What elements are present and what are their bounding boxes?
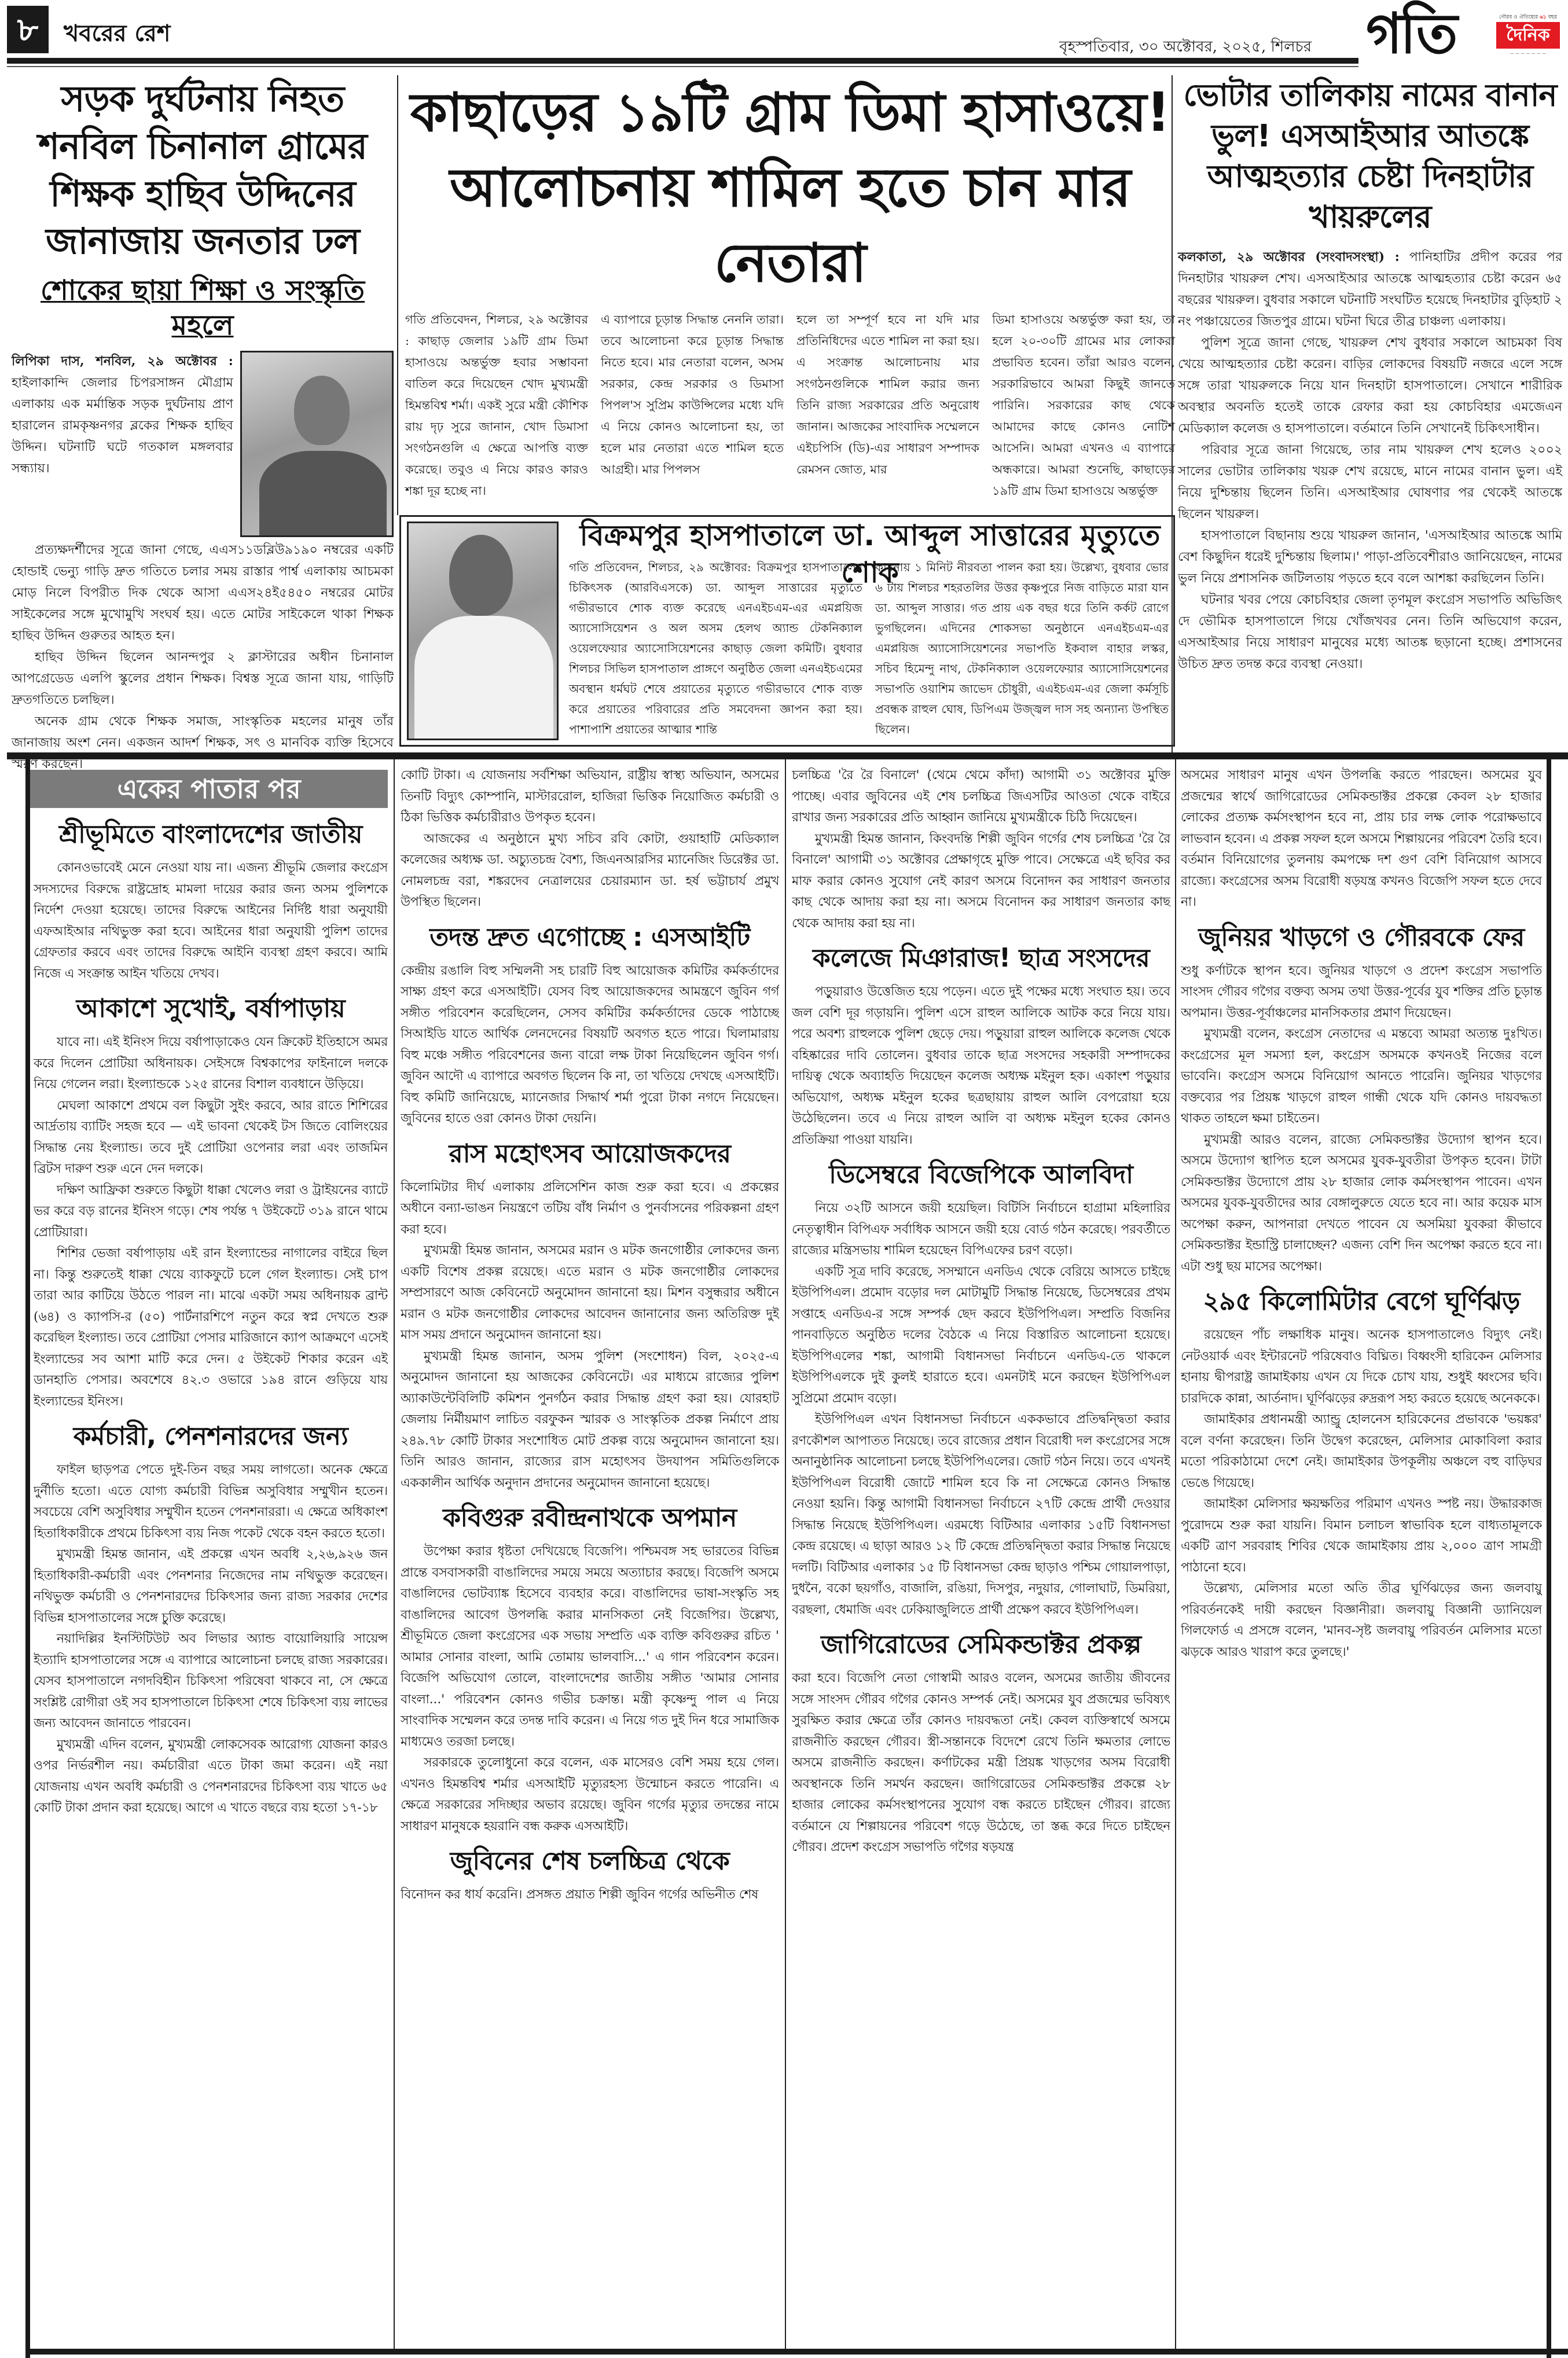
continuation-column-c: চলচ্চিত্র 'রৈ রৈ বিনালে' (থেমে থেমে কাঁদ… <box>792 759 1170 2345</box>
frame-left <box>25 759 30 2358</box>
story-paragraph: পড়ুয়ারাও উত্তেজিত হয়ে পড়েন। এতে দুই … <box>792 982 1170 1151</box>
continuation-headline: রাস মহোৎসব আয়োজকদের <box>401 1136 779 1173</box>
story-paragraph: হাসপাতালে বিছানায় শুয়ে খায়রুল জানান, … <box>1178 525 1562 589</box>
continuation-headline: কলেজে মিঞারাজ! ছাত্র সংসদের <box>792 940 1170 977</box>
story-paragraph: একটি সূত্র দাবি করেছে, সসম্মানে এনডিএ থে… <box>792 1262 1170 1410</box>
newspaper-logo: গতি গৌরব ও ঐতিহ্যের ৬১ বছর দৈনিক — — — —… <box>1366 5 1563 69</box>
story-paragraph: ইউপিপিএল এখন বিধানসভা নির্বাচনে এককভাবে … <box>792 1409 1170 1621</box>
story-paragraph: কোনওভাবেই মেনে নেওয়া যায় না। এজন্য শ্র… <box>34 858 388 985</box>
column-divider <box>397 75 398 515</box>
continuation-headline: কবিগুরু রবীন্দ্রনাথকে অপমান <box>401 1500 779 1537</box>
continuation-headline: শ্রীভূমিতে বাংলাদেশের জাতীয় <box>34 816 388 853</box>
logo-daily-box: দৈনিক <box>1496 22 1560 49</box>
story-paragraph: পুলিশ সূত্রে জানা গেছে, খায়রুল শেখ বুধব… <box>1178 332 1562 439</box>
story-paragraph: মুখ্যমন্ত্রী হিমন্ত জানান, অসমের মরান ও … <box>401 1240 779 1346</box>
story-paragraph: প্রত্যক্ষদর্শীদের সূত্রে জানা গেছে, এএস১… <box>12 539 394 647</box>
story-voter-list-error: ভোটার তালিকায় নামের বানান ভুল! এসআইআর আ… <box>1178 75 1562 758</box>
continuation-headline: তদন্ত দ্রুত এগোচ্ছে : এসআইটি <box>401 919 779 956</box>
story-paragraph: দক্ষিণ আফ্রিকা শুরুতে কিছুটা ধাক্কা খেলে… <box>34 1180 388 1244</box>
section-title: খবরের রেশ <box>64 15 170 54</box>
lead-story-dima-hasao: কাছাড়ের ১৯টি গ্রাম ডিমা হাসাওয়ে! আলোচন… <box>405 75 1175 515</box>
story-paragraph: কোটি টাকা। এ যোজনায় সর্বশিক্ষা অভিযান, … <box>401 765 779 829</box>
story-paragraph: যাবে না। এই ইনিংস দিয়ে বর্ষাপাড়াকেও যে… <box>34 1032 388 1096</box>
lead-column: ডিমা হাসাওয়ে অন্তর্ভুক্ত করা হয়, তা হল… <box>992 309 1175 502</box>
column-divider <box>1175 759 1176 2349</box>
story-paragraph: শিশির ভেজা বর্ষাপাড়ায় এই রান ইংল্যান্ড… <box>34 1243 388 1412</box>
story-paragraph: জামাইকার প্রধানমন্ত্রী অ্যান্ড্রু হোলনেস… <box>1181 1409 1542 1494</box>
obituary-column: কামনায় ১ মিনিট নীরবতা পালন করা হয়। উল্… <box>875 557 1169 740</box>
story-paragraph: উপেক্ষা করার ধৃষ্টতা দেখিয়েছে বিজেপি। প… <box>401 1541 779 1753</box>
story-paragraph: হাছিব উদ্দিন ছিলেন আনন্দপুর ২ ক্লাস্টারে… <box>12 647 394 711</box>
continuation-column-a: শ্রীভূমিতে বাংলাদেশের জাতীয় কোনওভাবেই ম… <box>34 810 388 2345</box>
logo-tagline-prefix: গৌরব ও ঐতিহ্যের <box>1499 14 1538 20</box>
column-divider <box>394 759 395 2349</box>
lead-column: এ ব্যাপারে চূড়ান্ত সিদ্ধান্ত নেননি তারা… <box>601 309 784 502</box>
lead-headline-line2: আলোচনায় শামিল হতে চান মার নেতারা <box>405 150 1175 301</box>
logo-tagline-years: ৬১ <box>1540 14 1547 20</box>
story-paragraph: অসমের সাধারণ মানুষ এখন উপলব্ধি করতে পারছ… <box>1181 765 1542 913</box>
teacher-photo <box>240 351 394 537</box>
story-kicker: শোকের ছায়া শিক্ষা ও সংস্কৃতি মহলে <box>12 273 394 343</box>
dateline: বৃহস্পতিবার, ৩০ অক্টোবর, ২০২৫, শিলচর <box>1059 35 1312 60</box>
story-paragraph: রয়েছেন পাঁচ লক্ষাধিক মানুষ। অনেক হাসপাত… <box>1181 1325 1542 1409</box>
continuation-banner: একের পাতার পর <box>30 770 388 808</box>
story-paragraph: নিয়ে ৩২টি আসনে জয়ী হয়েছিল। বিটিসি নির… <box>792 1198 1170 1262</box>
story-paragraph: আজকের এ অনুষ্ঠানে মুখ্য সচিব রবি কোটা, গ… <box>401 829 779 913</box>
header-rule-thin <box>7 66 1358 67</box>
story-paragraph: বিনোদন কর ধার্য করেনি। প্রসঙ্গত প্রয়াত … <box>401 1885 779 1906</box>
story-paragraph: মুখ্যমন্ত্রী এদিন বলেন, মুখ্যমন্ত্রী লোক… <box>34 1735 388 1819</box>
continuation-headline: জাগিরোডের সেমিকন্ডাক্টর প্রকল্প <box>792 1626 1170 1663</box>
story-paragraph: শুধু কর্ণাটকে স্থাপন হবে। জুনিয়র খাড়গে… <box>1181 961 1542 1024</box>
logo-tagline: গৌরব ও ঐতিহ্যের ৬১ বছর <box>1496 13 1560 21</box>
story-paragraph: কেন্দ্রীয় রঙালি বিহু সম্মিলনী সহ চারটি … <box>401 961 779 1130</box>
story-headline: ভোটার তালিকায় নামের বানান ভুল! এসআইআর আ… <box>1178 75 1562 237</box>
logo-tagline-suffix: বছর <box>1548 14 1556 20</box>
logo-wordmark: গতি <box>1366 5 1455 63</box>
story-paragraph: অনেক গ্রাম থেকে শিক্ষক সমাজ, সাংস্কৃতিক … <box>12 711 394 775</box>
story-paragraph: ঘটনার খবর পেয়ে কোচবিহার জেলা তৃণমূল কংগ… <box>1178 589 1562 675</box>
story-paragraph: উল্লেখ্য, মেলিসার মতো অতি তীব্র ঘূর্ণিঝড… <box>1181 1578 1542 1663</box>
continuation-column-d: অসমের সাধারণ মানুষ এখন উপলব্ধি করতে পারছ… <box>1181 759 1542 2345</box>
continuation-headline: আকাশে সুখোই, বর্ষাপাড়ায় <box>34 990 388 1027</box>
story-paragraph: মুখ্যমন্ত্রী আরও বলেন, রাজ্যে সেমিকন্ডাক… <box>1181 1130 1542 1278</box>
lead-headline-line1: কাছাড়ের ১৯টি গ্রাম ডিমা হাসাওয়ে! <box>405 75 1175 150</box>
doctor-photo <box>407 521 559 740</box>
story-teacher-accident: সড়ক দুর্ঘটনায় নিহত শনবিল চিনানাল গ্রাম… <box>12 75 394 723</box>
lead-column: হলে তা সম্পূর্ণ হবে না যদি মার প্রতিনিধি… <box>796 309 979 502</box>
story-paragraph: ফাইল ছাড়পত্র পেতে দুই-তিন বছর সময় লাগত… <box>34 1460 388 1544</box>
continuation-headline: জুবিনের শেষ চলচ্চিত্র থেকে <box>401 1843 779 1880</box>
page-number: ৮ <box>7 6 49 53</box>
story-headline: সড়ক দুর্ঘটনায় নিহত শনবিল চিনানাল গ্রাম… <box>12 75 394 265</box>
story-paragraph: মেঘলা আকাশে প্রথমে বল কিছুটা সুইং করবে, … <box>34 1096 388 1180</box>
header-rule <box>7 58 1358 64</box>
continuation-headline: কর্মচারী, পেনশনারদের জন্য <box>34 1418 388 1455</box>
story-byline: লিপিকা দাস, শনবিল, ২৯ অক্টোবর : <box>12 354 233 369</box>
logo-subtext: — — — — — — — <box>1496 51 1560 56</box>
continuation-headline: জুনিয়র খাড়গে ও গৌরবকে ফের <box>1181 919 1542 956</box>
section-divider <box>7 752 1568 759</box>
story-paragraph: মুখ্যমন্ত্রী হিমন্ত জানান, অসম পুলিশ (সং… <box>401 1346 779 1494</box>
story-paragraph: কিলোমিটার দীর্ঘ এলাকায় প্রলিসেশিন কাজ শ… <box>401 1177 779 1241</box>
story-paragraph: পরিবার সূত্রে জানা গিয়েছে, তার নাম খায়… <box>1178 439 1562 525</box>
masthead: ৮ খবরের রেশ বৃহস্পতিবার, ৩০ অক্টোবর, ২০২… <box>0 0 1568 68</box>
story-paragraph: জামাইকা মেলিসার ক্ষয়ক্ষতির পরিমাণ এখনও … <box>1181 1494 1542 1578</box>
story-paragraph: মুখ্যমন্ত্রী বলেন, কংগ্রেস নেতাদের এ মন্… <box>1181 1024 1542 1130</box>
continuation-headline: ২৯৫ কিলোমিটার বেগে ঘূর্ণিঝড় <box>1181 1283 1542 1320</box>
story-paragraph: হাইলাকান্দি জেলার চিপরসাঙ্গন মৌগ্রাম এলা… <box>12 376 233 476</box>
obituary-box: বিক্রমপুর হাসপাতালে ডা. আব্দুল সাত্তারের… <box>399 515 1175 747</box>
lead-column: গতি প্রতিবেদন, শিলচর, ২৯ অক্টোবর : কাছাড… <box>405 309 588 502</box>
frame-bottom <box>25 2349 1568 2355</box>
story-byline: কলকাতা, ২৯ অক্টোবর (সংবাদসংস্থা) : <box>1178 249 1400 265</box>
column-divider <box>785 759 786 2349</box>
story-paragraph: করা হবে। বিজেপি নেতা গোস্বামী আরও বলেন, … <box>792 1668 1170 1859</box>
story-paragraph: সরকারকে তুলোধুনো করে বলেন, এক মাসেরও বেশ… <box>401 1753 779 1837</box>
story-paragraph: মুখ্যমন্ত্রী হিমন্ত জানান, কিংবদন্তি শিল… <box>792 829 1170 935</box>
continuation-headline: ডিসেম্বরে বিজেপিকে আলবিদা <box>792 1156 1170 1193</box>
continuation-column-b: কোটি টাকা। এ যোজনায় সর্বশিক্ষা অভিযান, … <box>401 759 779 2345</box>
story-paragraph: চলচ্চিত্র 'রৈ রৈ বিনালে' (থেমে থেমে কাঁদ… <box>792 765 1170 829</box>
obituary-column: গতি প্রতিবেদন, শিলচর, ২৯ অক্টোবর: বিক্রম… <box>569 557 862 740</box>
story-paragraph: মুখ্যমন্ত্রী হিমন্ত জানান, এই প্রকল্পে এ… <box>34 1544 388 1629</box>
story-paragraph: নয়াদিল্লির ইনস্টিটিউট অব লিভার অ্যান্ড … <box>34 1629 388 1735</box>
frame-right <box>1547 759 1551 2358</box>
